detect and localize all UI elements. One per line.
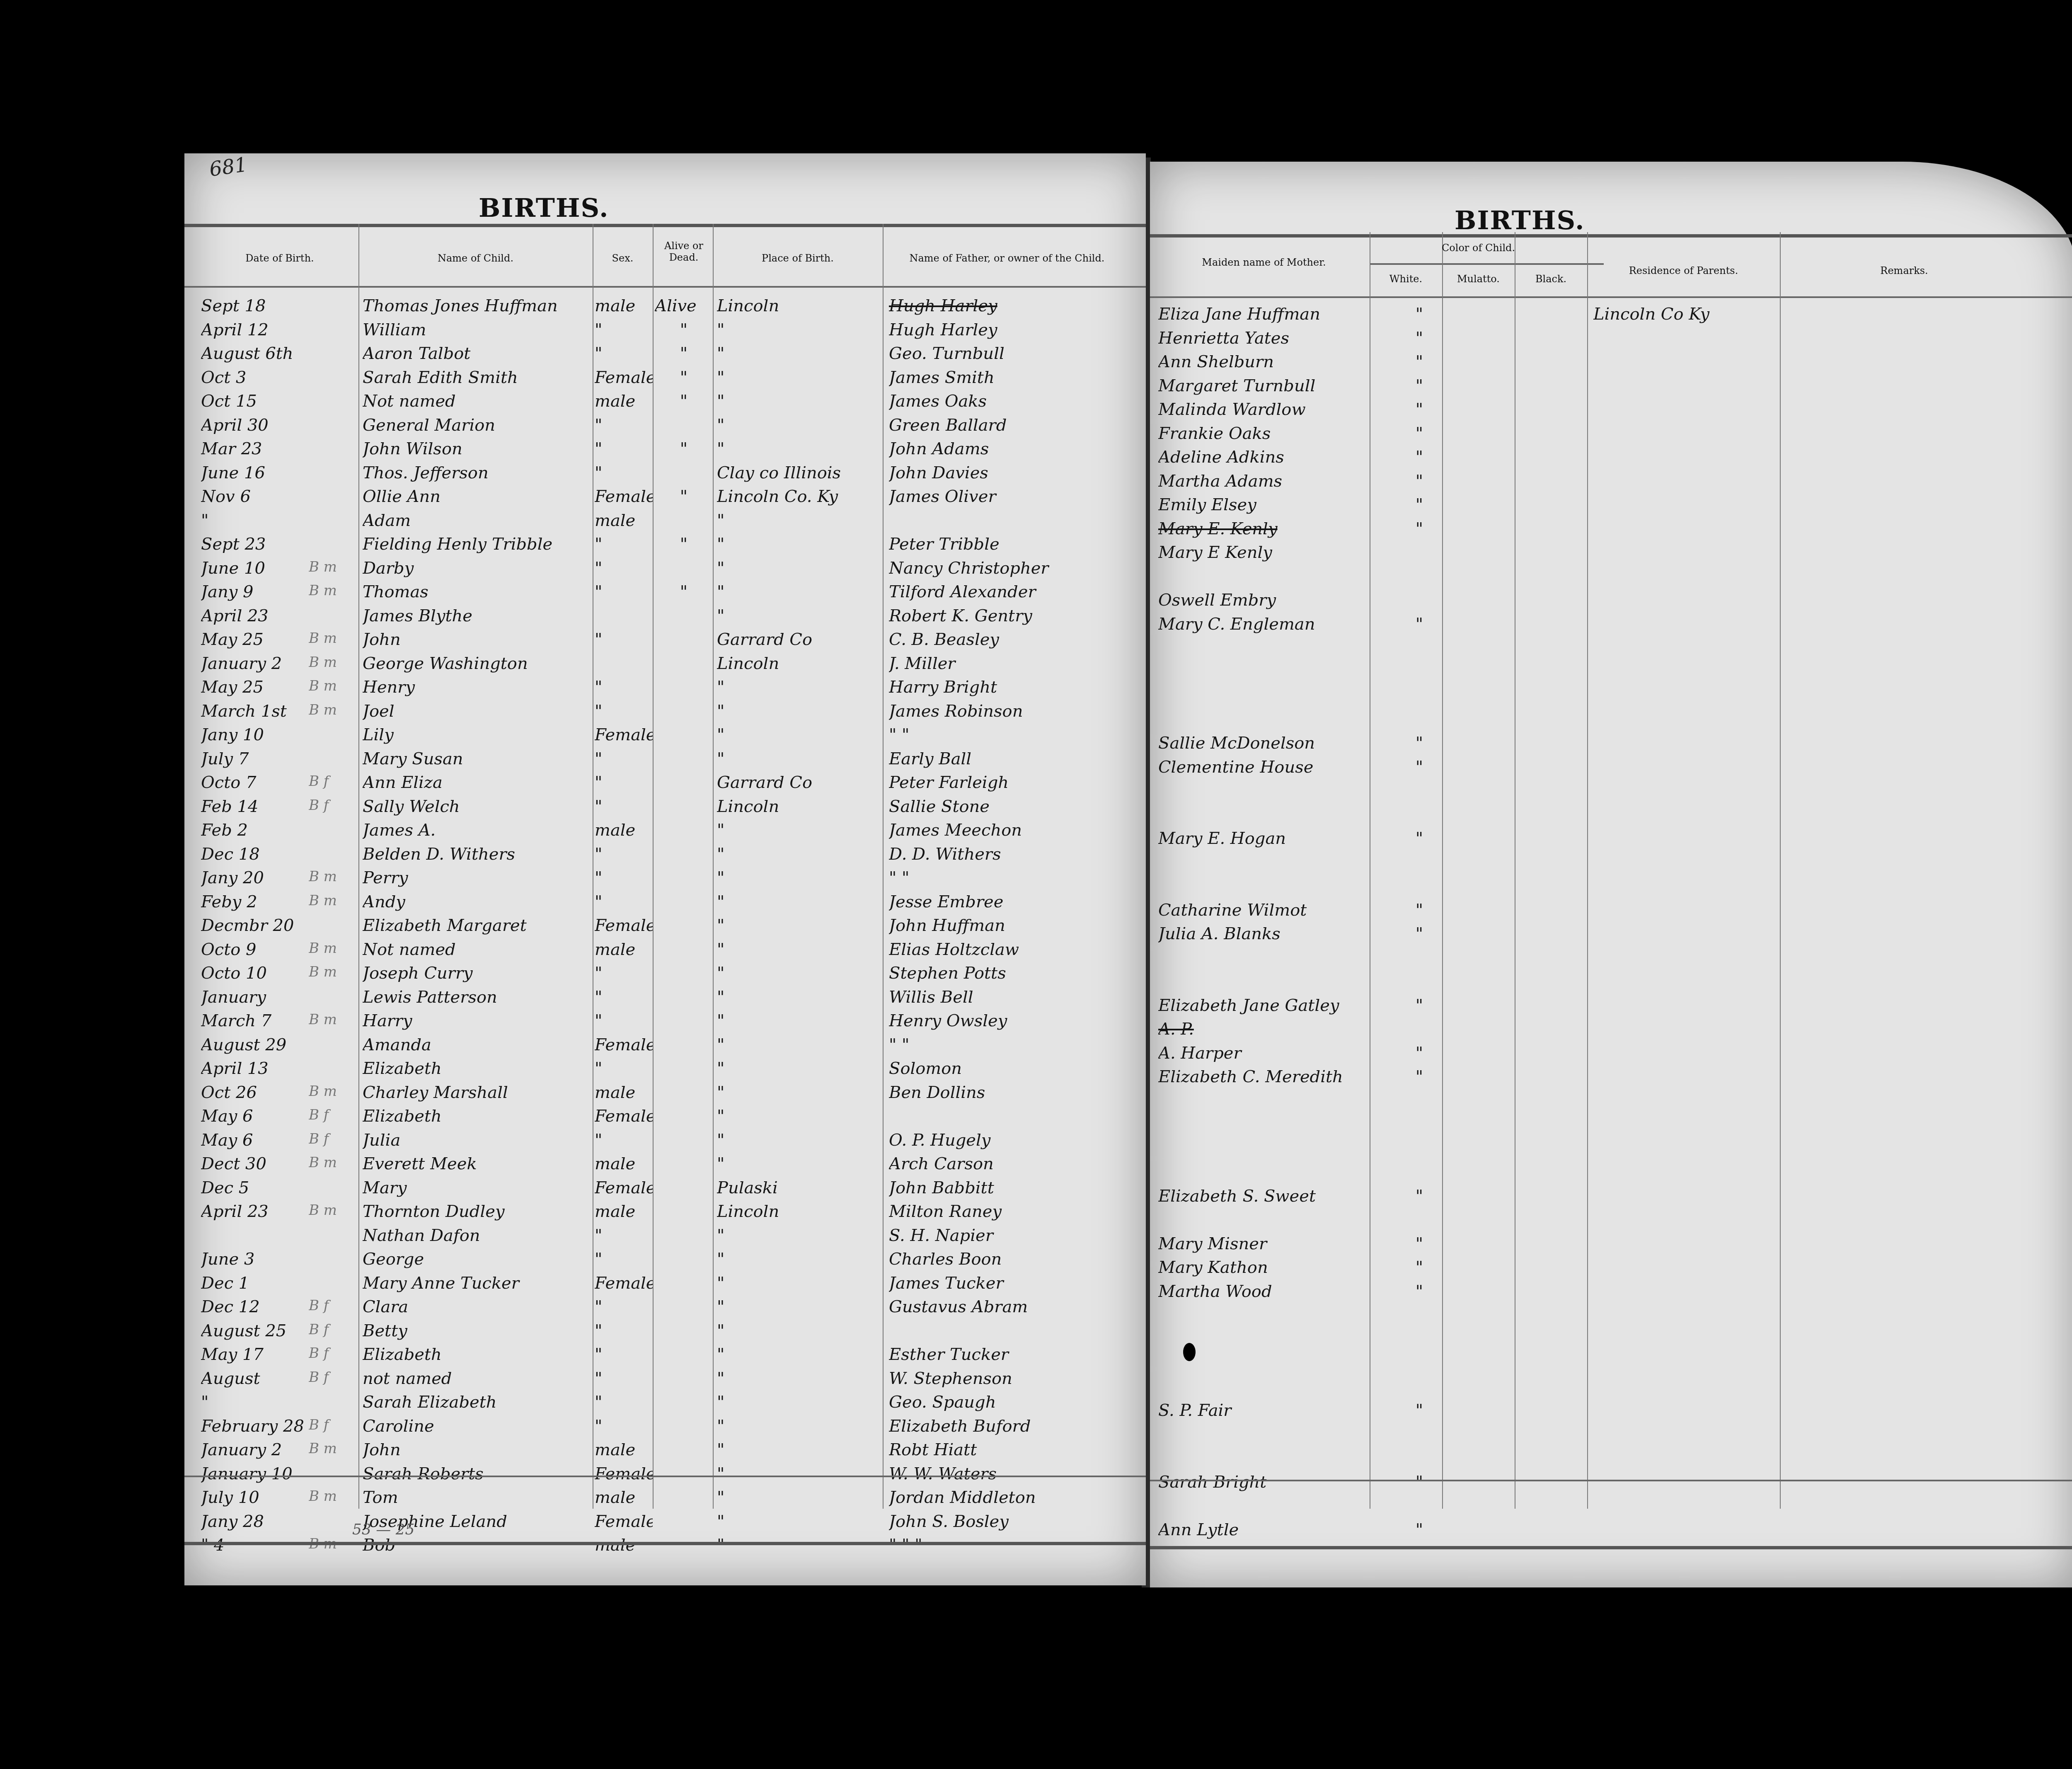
- cell-white: ": [1399, 1044, 1440, 1063]
- cell-father: James Tucker: [889, 1274, 1138, 1293]
- cell-place: ": [717, 1512, 883, 1531]
- cell-date: Decmbr 20: [201, 916, 325, 935]
- cell-name: Thomas Jones Huffman: [363, 296, 591, 315]
- cell-alive: ": [655, 344, 713, 363]
- col-header-mother: Maiden name of Mother.: [1158, 257, 1370, 269]
- cell-date: April 13: [201, 1059, 325, 1078]
- ledger-row: Sept 23Fielding Henly Tribble"""Peter Tr…: [184, 535, 1146, 559]
- cell-date: May 25: [201, 630, 325, 649]
- cell-mother: S. P. Fair: [1158, 1401, 1370, 1420]
- ledger-row: Sarah Bright": [1150, 1473, 2072, 1497]
- ledger-row: March 7B mHarry""Henry Owsley: [184, 1011, 1146, 1035]
- cell-place: Garrard Co: [717, 630, 883, 649]
- ledger-row: [1150, 1496, 2072, 1520]
- ledger-row: Sept 18Thomas Jones HuffmanmaleAliveLinc…: [184, 296, 1146, 320]
- ledger-row: [1150, 1377, 2072, 1401]
- cell-place: ": [717, 1536, 883, 1555]
- ink-blot: [1183, 1343, 1196, 1361]
- ledger-row: April 30General Marion""Green Ballard: [184, 416, 1146, 440]
- ledger-row: July 10B mTommale"Jordan Middleton: [184, 1488, 1146, 1512]
- cell-date: April 23: [201, 606, 325, 625]
- ledger-row: Dec 12B fClara""Gustavus Abram: [184, 1297, 1146, 1321]
- cell-white: ": [1399, 400, 1440, 419]
- cell-name: Lewis Patterson: [363, 988, 591, 1007]
- cell-father: Nancy Christopher: [889, 559, 1138, 578]
- ledger-row: Elizabeth S. Sweet": [1150, 1187, 2072, 1211]
- cell-alive: ": [655, 439, 713, 458]
- ledger-row: Mary E. Kenly": [1150, 519, 2072, 543]
- cell-residence: Lincoln Co Ky: [1593, 305, 1780, 324]
- cell-sex: ": [595, 845, 653, 864]
- ledger-row: Octo 7B fAnn Eliza"Garrard CoPeter Farle…: [184, 773, 1146, 797]
- cell-date: Dec 5: [201, 1178, 325, 1197]
- cell-father: Geo. Spaugh: [889, 1393, 1138, 1412]
- cell-father: Sallie Stone: [889, 797, 1138, 816]
- cell-mark: B m: [309, 868, 358, 885]
- cell-sex: ": [595, 892, 653, 911]
- cell-mother: Emily Elsey: [1158, 495, 1370, 514]
- cell-date: April 23: [201, 1202, 325, 1221]
- cell-sex: Female: [595, 1512, 653, 1531]
- cell-white: ": [1399, 1234, 1440, 1253]
- cell-name: John Wilson: [363, 439, 591, 458]
- ledger-row: Jany 9B mThomas"""Tilford Alexander: [184, 582, 1146, 606]
- ledger-row: Dec 1Mary Anne TuckerFemale"James Tucker: [184, 1274, 1146, 1298]
- cell-mark: B f: [309, 1417, 358, 1433]
- ledger-row: May 25B mHenry""Harry Bright: [184, 678, 1146, 702]
- cell-date: April 12: [201, 320, 325, 339]
- ledger-row: Mar 23John Wilson"""John Adams: [184, 439, 1146, 463]
- cell-sex: ": [595, 1131, 653, 1150]
- ledger-row: [1150, 1115, 2072, 1139]
- cell-mark: B m: [309, 654, 358, 671]
- ledger-row: Frankie Oaks": [1150, 424, 2072, 448]
- col-header-mulatto: Mulatto.: [1442, 274, 1515, 285]
- cell-father: John Adams: [889, 439, 1138, 458]
- cell-date: Octo 9: [201, 940, 325, 959]
- ledger-row: Sallie McDonelson": [1150, 734, 2072, 758]
- ledger-row: Octo 9B mNot namedmale"Elias Holtzclaw: [184, 940, 1146, 964]
- ledger-row: [1150, 686, 2072, 710]
- cell-place: ": [717, 582, 883, 601]
- cell-sex: ": [595, 1297, 653, 1316]
- ledger-row: AugustB fnot named""W. Stephenson: [184, 1369, 1146, 1393]
- ledger-row: [1150, 805, 2072, 829]
- cell-place: ": [717, 1035, 883, 1054]
- cell-father: James Oaks: [889, 392, 1138, 411]
- cell-date: Oct 26: [201, 1083, 325, 1102]
- col-header-white: White.: [1370, 274, 1442, 285]
- cell-white: ": [1399, 1067, 1440, 1086]
- color-group-rule: [1370, 263, 1604, 265]
- bottom-rule: [1150, 1546, 2072, 1549]
- cell-father: Stephen Potts: [889, 964, 1138, 983]
- cell-sex: Female: [595, 1178, 653, 1197]
- ledger-row: [1150, 1306, 2072, 1330]
- ledger-row: [1150, 853, 2072, 877]
- cell-name: Joel: [363, 702, 591, 721]
- cell-white: ": [1399, 519, 1440, 538]
- cell-place: Lincoln Co. Ky: [717, 487, 883, 506]
- tally-note: 53 — 25: [352, 1521, 415, 1538]
- cell-father: C. B. Beasley: [889, 630, 1138, 649]
- cell-name: Nathan Dafon: [363, 1226, 591, 1245]
- cell-mark: B m: [309, 1202, 358, 1219]
- cell-place: ": [717, 964, 883, 983]
- cell-name: Amanda: [363, 1035, 591, 1054]
- cell-name: John: [363, 1440, 591, 1459]
- cell-date: August: [201, 1369, 325, 1388]
- cell-mark: B m: [309, 630, 358, 647]
- cell-place: ": [717, 1250, 883, 1269]
- ledger-row: Oct 3Sarah Edith SmithFemale""James Smit…: [184, 368, 1146, 392]
- cell-date: Jany 10: [201, 725, 325, 744]
- cell-date: May 25: [201, 678, 325, 697]
- cell-name: Elizabeth: [363, 1059, 591, 1078]
- cell-mother: A. Harper: [1158, 1044, 1370, 1063]
- ledger-row: July 7Mary Susan""Early Ball: [184, 749, 1146, 773]
- cell-sex: Female: [595, 1464, 653, 1483]
- cell-name: Darby: [363, 559, 591, 578]
- cell-father: Peter Farleigh: [889, 773, 1138, 792]
- cell-place: Lincoln: [717, 296, 883, 315]
- cell-sex: ": [595, 1011, 653, 1030]
- cell-place: ": [717, 1059, 883, 1078]
- cell-date: ": [201, 511, 325, 530]
- cell-father: Willis Bell: [889, 988, 1138, 1007]
- ledger-row: Mary E. Hogan": [1150, 829, 2072, 853]
- cell-sex: Female: [595, 725, 653, 744]
- cell-name: Clara: [363, 1297, 591, 1316]
- col-header-alive: Alive or Dead.: [661, 240, 707, 263]
- cell-white: ": [1399, 901, 1440, 920]
- cell-father: Robert K. Gentry: [889, 606, 1138, 625]
- cell-mother: Mary Kathon: [1158, 1258, 1370, 1277]
- cell-mother: Mary C. Engleman: [1158, 615, 1370, 634]
- ledger-row: February 28B fCaroline""Elizabeth Buford: [184, 1417, 1146, 1441]
- cell-mother: Oswell Embry: [1158, 591, 1370, 610]
- cell-mother: Martha Adams: [1158, 472, 1370, 491]
- cell-sex: ": [595, 749, 653, 768]
- cell-sex: male: [595, 1202, 653, 1221]
- cell-place: ": [717, 439, 883, 458]
- cell-date: February 28: [201, 1417, 325, 1436]
- cell-mark: B m: [309, 892, 358, 909]
- ledger-row: [1150, 972, 2072, 996]
- cell-place: ": [717, 1321, 883, 1340]
- cell-name: Everett Meek: [363, 1154, 591, 1173]
- cell-mark: B m: [309, 940, 358, 957]
- ledger-row: [1150, 710, 2072, 734]
- cell-date: Dec 18: [201, 845, 325, 864]
- cell-white: ": [1399, 424, 1440, 443]
- cell-sex: male: [595, 1083, 653, 1102]
- col-header-residence: Residence of Parents.: [1587, 265, 1780, 277]
- cell-date: Oct 15: [201, 392, 325, 411]
- cell-sex: ": [595, 582, 653, 601]
- cell-white: ": [1399, 996, 1440, 1015]
- cell-mother: Mary E. Kenly: [1158, 519, 1370, 538]
- cell-sex: male: [595, 1154, 653, 1173]
- cell-date: Dec 12: [201, 1297, 325, 1316]
- cell-white: ": [1399, 615, 1440, 634]
- cell-sex: male: [595, 1440, 653, 1459]
- cell-name: Tom: [363, 1488, 591, 1507]
- cell-place: ": [717, 559, 883, 578]
- bottom-rule: [184, 1542, 1146, 1545]
- cell-father: J. Miller: [889, 654, 1138, 673]
- cell-white: ": [1399, 1520, 1440, 1539]
- ledger-row: [1150, 1163, 2072, 1187]
- cell-date: March 7: [201, 1011, 325, 1030]
- ledger-row: June 10B mDarby""Nancy Christopher: [184, 559, 1146, 583]
- cell-date: Oct 3: [201, 368, 325, 387]
- ledger-row: Adeline Adkins": [1150, 448, 2072, 472]
- col-header-date: Date of Birth.: [201, 253, 358, 264]
- cell-name: William: [363, 320, 591, 339]
- cell-father: Jesse Embree: [889, 892, 1138, 911]
- cell-date: March 1st: [201, 702, 325, 721]
- cell-place: ": [717, 1488, 883, 1507]
- cell-name: Lily: [363, 725, 591, 744]
- cell-father: Early Ball: [889, 749, 1138, 768]
- ledger-row: "Sarah Elizabeth""Geo. Spaugh: [184, 1393, 1146, 1417]
- cell-date: June 10: [201, 559, 325, 578]
- cell-place: ": [717, 606, 883, 625]
- cell-sex: male: [595, 1536, 653, 1555]
- cell-mother: Eliza Jane Huffman: [1158, 305, 1370, 324]
- cell-date: January: [201, 988, 325, 1007]
- cell-place: ": [717, 1154, 883, 1173]
- ledger-row: [1150, 1210, 2072, 1234]
- cell-name: Sally Welch: [363, 797, 591, 816]
- cell-mother: Elizabeth S. Sweet: [1158, 1187, 1370, 1206]
- ledger-row: [1150, 662, 2072, 686]
- cell-date: Jany 9: [201, 582, 325, 601]
- cell-sex: ": [595, 1345, 653, 1364]
- cell-name: Elizabeth Margaret: [363, 916, 591, 935]
- cell-name: Henry: [363, 678, 591, 697]
- cell-sex: ": [595, 1393, 653, 1412]
- cell-date: Jany 28: [201, 1512, 325, 1531]
- cell-father: John Davies: [889, 463, 1138, 482]
- ledger-row: Ann Shelburn": [1150, 352, 2072, 376]
- ledger-row: Margaret Turnbull": [1150, 376, 2072, 400]
- cell-date: Octo 7: [201, 773, 325, 792]
- cell-sex: ": [595, 702, 653, 721]
- cell-date: January 2: [201, 1440, 325, 1459]
- cell-father: O. P. Hugely: [889, 1131, 1138, 1150]
- cell-sex: ": [595, 463, 653, 482]
- header-bottom-rule: [184, 286, 1146, 288]
- ledger-row: [1150, 948, 2072, 972]
- cell-sex: male: [595, 392, 653, 411]
- cell-alive: ": [655, 487, 713, 506]
- cell-name: George Washington: [363, 654, 591, 673]
- ledger-row: June 3George""Charles Boon: [184, 1250, 1146, 1274]
- cell-date: May 6: [201, 1107, 325, 1126]
- ledger-row: Elizabeth C. Meredith": [1150, 1067, 2072, 1091]
- col-header-black: Black.: [1515, 274, 1587, 285]
- ledger-row: Ann Lytle": [1150, 1520, 2072, 1544]
- cell-sex: ": [595, 439, 653, 458]
- cell-place: ": [717, 702, 883, 721]
- cell-father: Robt Hiatt: [889, 1440, 1138, 1459]
- cell-name: Andy: [363, 892, 591, 911]
- cell-name: Betty: [363, 1321, 591, 1340]
- cell-white: ": [1399, 1187, 1440, 1206]
- cell-mother: Sallie McDonelson: [1158, 734, 1370, 753]
- cell-place: ": [717, 344, 883, 363]
- cell-father: W. Stephenson: [889, 1369, 1138, 1388]
- cell-father: Elizabeth Buford: [889, 1417, 1138, 1436]
- cell-sex: ": [595, 678, 653, 697]
- cell-father: Gustavus Abram: [889, 1297, 1138, 1316]
- cell-father: Charles Boon: [889, 1250, 1138, 1269]
- cell-date: January 10: [201, 1464, 325, 1483]
- cell-date: June 16: [201, 463, 325, 482]
- cell-mother: Henrietta Yates: [1158, 329, 1370, 348]
- col-header-name: Name of Child.: [358, 253, 593, 264]
- cell-date: May 17: [201, 1345, 325, 1364]
- cell-father: Henry Owsley: [889, 1011, 1138, 1030]
- cell-name: Adam: [363, 511, 591, 530]
- ledger-row: " 4B mBobmale"" " ": [184, 1536, 1146, 1560]
- cell-name: Julia: [363, 1131, 591, 1150]
- ledger-row: January 2B mGeorge WashingtonLincolnJ. M…: [184, 654, 1146, 678]
- cell-sex: Female: [595, 1274, 653, 1293]
- ledger-row: May 17B fElizabeth""Esther Tucker: [184, 1345, 1146, 1369]
- cell-name: Harry: [363, 1011, 591, 1030]
- cell-date: ": [201, 1393, 325, 1412]
- ledger-row: [1150, 1139, 2072, 1163]
- cell-name: Thornton Dudley: [363, 1202, 591, 1221]
- cell-place: ": [717, 1297, 883, 1316]
- cell-mother: Ann Shelburn: [1158, 352, 1370, 371]
- cell-sex: ": [595, 1059, 653, 1078]
- cell-father: Hugh Harley: [889, 320, 1138, 339]
- cell-sex: ": [595, 868, 653, 887]
- ledger-row: [1150, 1449, 2072, 1473]
- cell-alive: ": [655, 535, 713, 554]
- cell-place: ": [717, 678, 883, 697]
- cell-father: D. D. Withers: [889, 845, 1138, 864]
- cell-father: Tilford Alexander: [889, 582, 1138, 601]
- header-bottom-rule: [1150, 296, 2072, 298]
- cell-date: Dec 1: [201, 1274, 325, 1293]
- ledger-row: [1150, 1425, 2072, 1449]
- ledger-row: Oct 26B mCharley Marshallmale"Ben Dollin…: [184, 1083, 1146, 1107]
- ledger-row: August 29AmandaFemale"" ": [184, 1035, 1146, 1059]
- header-top-rule: [1150, 234, 2072, 237]
- cell-white: ": [1399, 1258, 1440, 1277]
- cell-mark: B m: [309, 559, 358, 575]
- cell-place: ": [717, 392, 883, 411]
- ledger-row: Martha Wood": [1150, 1282, 2072, 1306]
- cell-name: Charley Marshall: [363, 1083, 591, 1102]
- cell-mother: Mary E Kenly: [1158, 543, 1370, 562]
- ledger-row: Julia A. Blanks": [1150, 924, 2072, 948]
- cell-place: Lincoln: [717, 1202, 883, 1221]
- cell-father: Green Ballard: [889, 416, 1138, 435]
- ledger-row: Feby 2B mAndy""Jesse Embree: [184, 892, 1146, 916]
- footer-rule: [184, 1476, 1146, 1477]
- ledger-row: Nathan Dafon""S. H. Napier: [184, 1226, 1146, 1250]
- cell-sex: ": [595, 1321, 653, 1340]
- cell-date: August 6th: [201, 344, 325, 363]
- cell-father: Geo. Turnbull: [889, 344, 1138, 363]
- cell-sex: ": [595, 1369, 653, 1388]
- cell-white: ": [1399, 1282, 1440, 1301]
- cell-father: Arch Carson: [889, 1154, 1138, 1173]
- cell-mark: B m: [309, 678, 358, 694]
- cell-date: Mar 23: [201, 439, 325, 458]
- cell-white: ": [1399, 829, 1440, 848]
- cell-father: John Huffman: [889, 916, 1138, 935]
- cell-mark: B m: [309, 1440, 358, 1457]
- cell-sex: male: [595, 1488, 653, 1507]
- cell-father: James Oliver: [889, 487, 1138, 506]
- left-ledger-page: 681 BIRTHS. Date of Birth. Name of Child…: [184, 153, 1146, 1585]
- col-header-place: Place of Birth.: [713, 253, 883, 264]
- cell-place: Lincoln: [717, 797, 883, 816]
- cell-white: ": [1399, 734, 1440, 753]
- ledger-row: April 23B mThornton DudleymaleLincolnMil…: [184, 1202, 1146, 1226]
- cell-mother: Elizabeth C. Meredith: [1158, 1067, 1370, 1086]
- cell-date: Feb 14: [201, 797, 325, 816]
- cell-date: Feby 2: [201, 892, 325, 911]
- cell-sex: ": [595, 320, 653, 339]
- cell-mark: B m: [309, 964, 358, 980]
- cell-father: James Robinson: [889, 702, 1138, 721]
- cell-place: ": [717, 320, 883, 339]
- cell-name: Fielding Henly Tribble: [363, 535, 591, 554]
- cell-sex: male: [595, 821, 653, 840]
- right-ledger-page: BIRTHS. Maiden name of Mother. Color of …: [1150, 162, 2072, 1587]
- ledger-row: Oswell Embry: [1150, 591, 2072, 615]
- cell-sex: male: [595, 940, 653, 959]
- ledger-row: [1150, 1330, 2072, 1354]
- cell-sex: ": [595, 344, 653, 363]
- cell-mother: Malinda Wardlow: [1158, 400, 1370, 419]
- cell-mark: B f: [309, 1107, 358, 1123]
- cell-place: Lincoln: [717, 654, 883, 673]
- cell-name: Sarah Roberts: [363, 1464, 591, 1483]
- ledger-row: Mary E Kenly: [1150, 543, 2072, 567]
- cell-date: August 29: [201, 1035, 325, 1054]
- cell-place: ": [717, 1083, 883, 1102]
- cell-father: Ben Dollins: [889, 1083, 1138, 1102]
- cell-mark: B m: [309, 1488, 358, 1505]
- cell-mother: Mary Misner: [1158, 1234, 1370, 1253]
- cell-alive: Alive: [655, 296, 713, 315]
- cell-name: Elizabeth: [363, 1345, 591, 1364]
- folio-number: 681: [208, 153, 249, 181]
- cell-father: Solomon: [889, 1059, 1138, 1078]
- cell-sex: ": [595, 964, 653, 983]
- cell-mark: B f: [309, 1321, 358, 1338]
- cell-father: " ": [889, 1035, 1138, 1054]
- ledger-row: April 13Elizabeth""Solomon: [184, 1059, 1146, 1083]
- cell-place: ": [717, 1274, 883, 1293]
- ledger-row: [1150, 1353, 2072, 1377]
- cell-mark: B f: [309, 1131, 358, 1147]
- ledger-row: Eliza Jane Huffman"Lincoln Co Ky: [1150, 305, 2072, 329]
- ledger-row: JanuaryLewis Patterson""Willis Bell: [184, 988, 1146, 1012]
- ledger-row: [1150, 638, 2072, 662]
- ledger-row: March 1stB mJoel""James Robinson: [184, 702, 1146, 726]
- cell-sex: ": [595, 773, 653, 792]
